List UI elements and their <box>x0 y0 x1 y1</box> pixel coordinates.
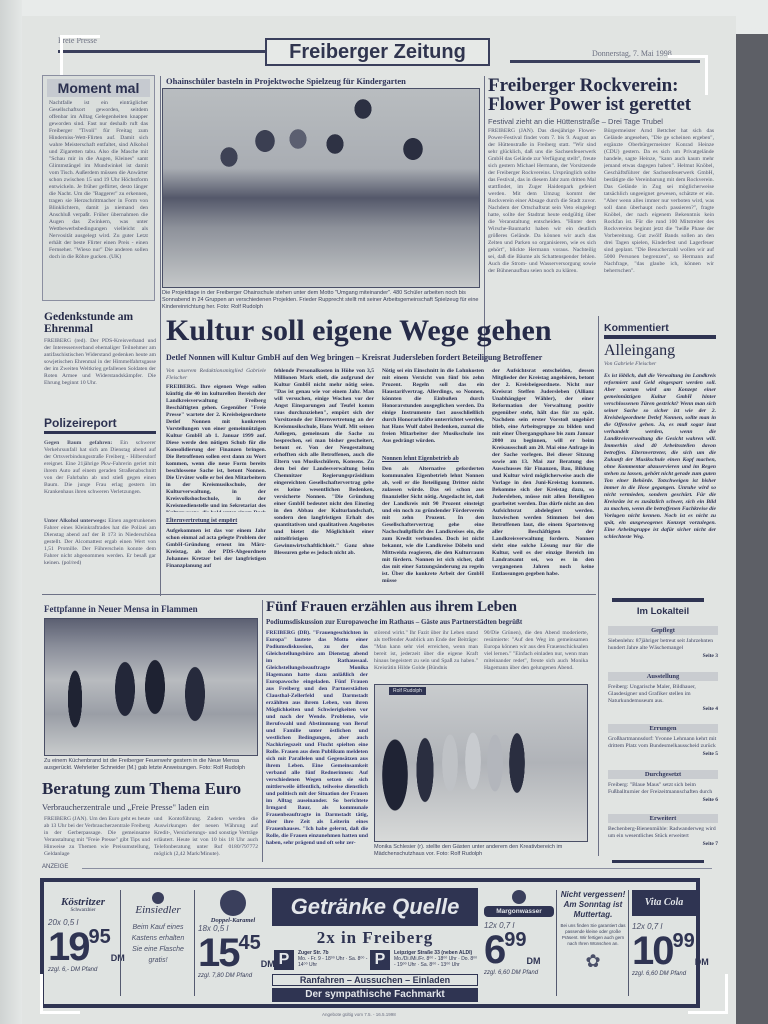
polizeireport-title: Polizeireport <box>44 416 156 434</box>
frauen-photo: Rolf Rudolph <box>374 684 588 842</box>
frauen-col-2: störend wirkt." Ihr Fazit über ihr Leben… <box>374 630 478 680</box>
kultur-col-4: der Aufsichtsrat entscheiden, dessen Mit… <box>492 368 594 588</box>
lokalteil-item-tag: Durchgesetzt <box>608 770 718 779</box>
kultur-col-2: fehlende Personalkosten in Höhe von 3,5 … <box>274 368 374 588</box>
price-currency: DM <box>695 957 709 967</box>
polizeireport-article: Polizeireport Gegen Baum gefahren: Ein s… <box>44 416 156 590</box>
deposit-note: zzgl. 6,60 DM Pfand <box>632 971 696 977</box>
price-cents: 45 <box>239 933 261 953</box>
crop-mark <box>40 974 80 1014</box>
lokalteil-item-text: Siebenlehn: 87jähriger betreut seit Jahr… <box>608 638 718 652</box>
lokalteil-item-tag: Gepflegt <box>608 626 718 635</box>
store-logo: Getränke Quelle <box>272 888 478 926</box>
mensa-photo <box>44 618 258 756</box>
crop-mark <box>688 974 728 1014</box>
kultur-body: Von unserem Redaktionsmitglied Gabriele … <box>166 368 594 588</box>
kommentiert-label: Kommentiert <box>604 322 716 339</box>
gift-illustration-icon: ✿ <box>560 951 626 972</box>
polizeireport-lead-1: Gegen Baum gefahren: <box>44 440 112 446</box>
ad-label-rule <box>82 868 712 869</box>
ad-product-einsiedler: Einsiedler Beim Kauf eines Kastens erhal… <box>124 886 192 1000</box>
ad-product-doppel-karamel: Doppel-Karamel 18x 0,5 l 15 45 DM zzgl. … <box>198 886 268 1000</box>
muttertag-headline: Nicht vergessen! Am Sonntag ist Mutterta… <box>560 890 626 920</box>
price-cents: 99 <box>673 931 695 951</box>
location-hours: Mo./Di./Mi./Fr. 8⁰⁰ - 18⁰⁰ Uhr · Do. 8⁰⁰… <box>394 956 480 968</box>
kultur-inline-subhead-2: Nonnen lehnt Eigenbetrieb ab <box>382 456 484 462</box>
ad-separator <box>120 890 121 996</box>
photo-credit-tag: Rolf Rudolph <box>389 687 426 695</box>
ad-separator <box>628 890 629 996</box>
ad-separator <box>556 890 557 996</box>
brand-logo-einsiedler: Einsiedler <box>124 904 192 916</box>
polizeireport-text-2: Einen angetrunkenen Fahrer eines Kleinkr… <box>44 518 156 566</box>
crop-mark <box>60 35 100 75</box>
column-rule <box>262 600 263 862</box>
deposit-note: zzgl. 6,- DM Pfand <box>48 967 118 973</box>
brand-logo-vita-cola: Vita Cola <box>632 890 696 916</box>
euro-col-2: und Kontoführung. Zudem werden die Auswi… <box>154 816 258 858</box>
store-tagline: 2x in Freiberg <box>272 928 478 948</box>
rockverein-col-2: Bürgermeister Arnd Bettcher hat sich das… <box>604 128 714 343</box>
kultur-inline-subhead-1: Elternvertretung ist empört <box>166 518 266 524</box>
ad-separator <box>194 890 195 996</box>
gedenkstunde-article: Gedenkstunde am Ehrenmal FREIBERG (red).… <box>44 312 156 398</box>
ad-product-vita-cola: Vita Cola 12x 0,7 l 10 99 DM zzgl. 6,60 … <box>632 886 696 1000</box>
lokalteil-item[interactable]: Ausstellung Freiberg: Ungarische Maler, … <box>608 672 718 712</box>
price-main: 6 <box>484 930 504 970</box>
lokalteil-item-page: Seite 7 <box>608 841 718 847</box>
location-hours: Mo. - Fr. 9 - 18⁰⁰ Uhr · Sa. 8⁰⁰ - 14⁰⁰ … <box>298 956 368 968</box>
page-shadow-left <box>0 0 22 1024</box>
lokalteil-item-page: Seite 5 <box>608 751 718 757</box>
brand-sub: Schwarzbier <box>48 908 118 913</box>
kommentar-byline: Von Gabriele Fleischer <box>604 361 716 369</box>
lokalteil-item-text: Bechenberg-Bienenmühle: Radwanderweg wir… <box>608 826 718 840</box>
kommentar-title: Alleingang <box>604 343 716 359</box>
kultur-col-3b: Den als Alternative geforderten kommunal… <box>382 466 484 588</box>
moment-mal-text: Nachtfalle ist ein einträglicher Gesells… <box>49 100 148 292</box>
lokalteil-box: Im Lokalteil Gepflegt Siebenlehn: 87jähr… <box>608 606 718 856</box>
lokalteil-item-page: Seite 4 <box>608 706 718 712</box>
column-rule <box>160 76 161 596</box>
section-rule <box>42 594 596 595</box>
rockverein-col-1: FREIBERG (JAN). Das diesjährige Flower-P… <box>488 128 596 343</box>
price-main: 10 <box>632 931 673 971</box>
frauen-col-3: 90/Die Grünen), die den Abend moderierte… <box>484 630 588 680</box>
deposit-note: zzgl. 6,60 DM Pfand <box>484 970 554 976</box>
frauen-subhead: Podiumsdiskussion zur Europawoche im Rat… <box>266 618 522 626</box>
lokalteil-title: Im Lokalteil <box>608 606 718 617</box>
getraenke-quelle-ad[interactable]: Köstritzer Schwarzbier 20x 0,5 l 19 95 D… <box>40 878 700 1008</box>
moment-mal-title: Moment mal <box>47 79 150 97</box>
location-1: Zuger Str. 7b Mo. - Fr. 9 - 18⁰⁰ Uhr · S… <box>298 950 368 968</box>
rockverein-subhead: Festival zieht an die Hüttenstraße – Dre… <box>488 117 716 126</box>
mensa-kicker: Fettpfanne in Neuer Mensa in Flammen <box>44 604 198 614</box>
lokalteil-item-text: Freiberg: Ungarische Maler, Bildhauer, G… <box>608 684 718 705</box>
lokalteil-item-tag: Erweitert <box>608 814 718 823</box>
price-currency: DM <box>527 956 541 966</box>
lokalteil-item-page: Seite 6 <box>608 797 718 803</box>
kindergarten-photo <box>162 88 480 288</box>
frauen-headline: Fünf Frauen erzählen aus ihrem Leben <box>266 600 517 615</box>
column-rule <box>598 316 599 856</box>
parking-icon: P <box>274 950 294 970</box>
einsiedler-logo-icon <box>152 892 164 904</box>
lokalteil-item-tag: Errungen <box>608 724 718 733</box>
brand-name: Doppel-Karamel <box>198 917 268 924</box>
euro-col-1: FREIBERG (JAN). Um den Euro geht es heut… <box>44 816 150 858</box>
kultur-byline: Von unserem Redaktionsmitglied Gabriele … <box>166 368 266 382</box>
lokalteil-item[interactable]: Erweitert Bechenberg-Bienenmühle: Radwan… <box>608 814 718 847</box>
lokalteil-rule-top <box>612 598 704 602</box>
lokalteil-item-page: Seite 3 <box>608 653 718 659</box>
moment-mal-box: Moment mal Nachtfalle ist ein einträglic… <box>42 75 155 301</box>
lokalteil-item-tag: Ausstellung <box>608 672 718 681</box>
kultur-col-1: FREIBERG. Ihre eigenen Wege sollen künft… <box>166 384 266 512</box>
scanner-edge-right <box>736 34 768 1024</box>
ad-muttertag: Nicht vergessen! Am Sonntag ist Mutterta… <box>560 886 626 1000</box>
paper-title: Freiberger Zeitung <box>265 38 490 66</box>
newspaper-page: Freie Presse Freiberger Zeitung Donnerst… <box>22 16 736 1024</box>
brand-logo-margon: Margonwasser <box>484 906 554 917</box>
price-currency: DM <box>261 959 275 969</box>
slogan-1: Ranfahren – Aussuchen – Einladen <box>272 974 478 986</box>
deposit-note: zzgl. 7,80 DM Pfand <box>198 973 268 979</box>
ad-label: ANZEIGE <box>42 864 68 870</box>
lokalteil-item-text: Großhartmannsdorf: Yvonne Lehmann kehrt … <box>608 736 718 750</box>
promo-text: Beim Kauf eines Kastens erhalten Sie ein… <box>124 922 192 966</box>
kultur-headline: Kultur soll eigene Wege gehen <box>166 316 552 347</box>
margon-crest-icon <box>512 890 526 904</box>
polizeireport-text-1: Ein schwerer Verkehrsunfall hat sich am … <box>44 440 156 495</box>
frauen-caption: Monika Schlesier (r). stellte den Gästen… <box>374 844 588 858</box>
lokalteil-rule-bottom <box>612 860 704 863</box>
kindergarten-kicker: Ohainschüler basteln in Projektwoche Spi… <box>166 76 406 86</box>
mensa-caption: Zu einem Küchenbrand ist die Freiberger … <box>44 758 258 772</box>
price-cents: 99 <box>504 930 526 950</box>
lokalteil-item[interactable]: Gepflegt Siebenlehn: 87jähriger betreut … <box>608 626 718 659</box>
slogan-2: Der sympathische Fachmarkt <box>272 988 478 1002</box>
lokalteil-item[interactable]: Errungen Großhartmannsdorf: Yvonne Lehma… <box>608 724 718 757</box>
euro-subhead: Verbraucherzentrale und „Freie Presse" l… <box>42 802 209 812</box>
kommentiert-box: Kommentiert Alleingang Von Gabriele Flei… <box>604 322 716 563</box>
parking-icon: P <box>370 950 390 970</box>
location-2: Leipziger Straße 33 (neben ALDI) Mo./Di.… <box>394 950 480 968</box>
brand-logo-koestritzer: Köstritzer <box>48 896 118 908</box>
price-main: 15 <box>198 933 239 973</box>
kindergarten-caption: Die Projekttage in der Freiberger Ohains… <box>162 290 480 312</box>
issue-date: Donnerstag, 7. Mai 1998 <box>592 49 672 58</box>
price-main: 19 <box>48 927 89 967</box>
price-currency: DM <box>111 953 125 963</box>
kultur-subhead: Detlef Nonnen will Kultur GmbH auf den W… <box>166 353 542 362</box>
muttertag-text: Bei uns finden Sie garantiert das passen… <box>560 923 626 947</box>
frauen-col-1: FREIBERG (DB). "Frauengeschichten in Eur… <box>266 630 368 856</box>
ad-product-margonwasser: Margonwasser 12x 0,7 l 6 99 DM zzgl. 6,6… <box>484 886 554 1000</box>
crop-mark <box>668 55 708 95</box>
kultur-col-1b: Aufgekommen ist das vor einem Jahr schon… <box>166 528 266 588</box>
polizeireport-lead-2: Unter Alkohol unterwegs: <box>44 518 106 524</box>
lokalteil-item[interactable]: Durchgesetzt Freiberg: "Blaue Maus" setz… <box>608 770 718 803</box>
kommentar-text: Es ist löblich, daß die Verwaltung im La… <box>604 373 716 563</box>
gedenkstunde-text: FREIBERG (red). Der PDS-Kreisverband und… <box>44 338 156 398</box>
doppel-karamel-logo-icon <box>220 890 246 916</box>
gedenkstunde-headline: Gedenkstunde am Ehrenmal <box>44 312 156 335</box>
euro-headline: Beratung zum Thema Euro <box>42 780 241 797</box>
kultur-col-3: Nötig sei ein Einschnitt in die Lohnkost… <box>382 368 484 452</box>
price-cents: 95 <box>89 927 111 947</box>
ad-validity: Angebote gültig vom 7.5. - 16.5.1998 <box>322 1012 396 1017</box>
lokalteil-item-text: Freiberg: "Blaue Maus" setzt sich beim F… <box>608 782 718 796</box>
